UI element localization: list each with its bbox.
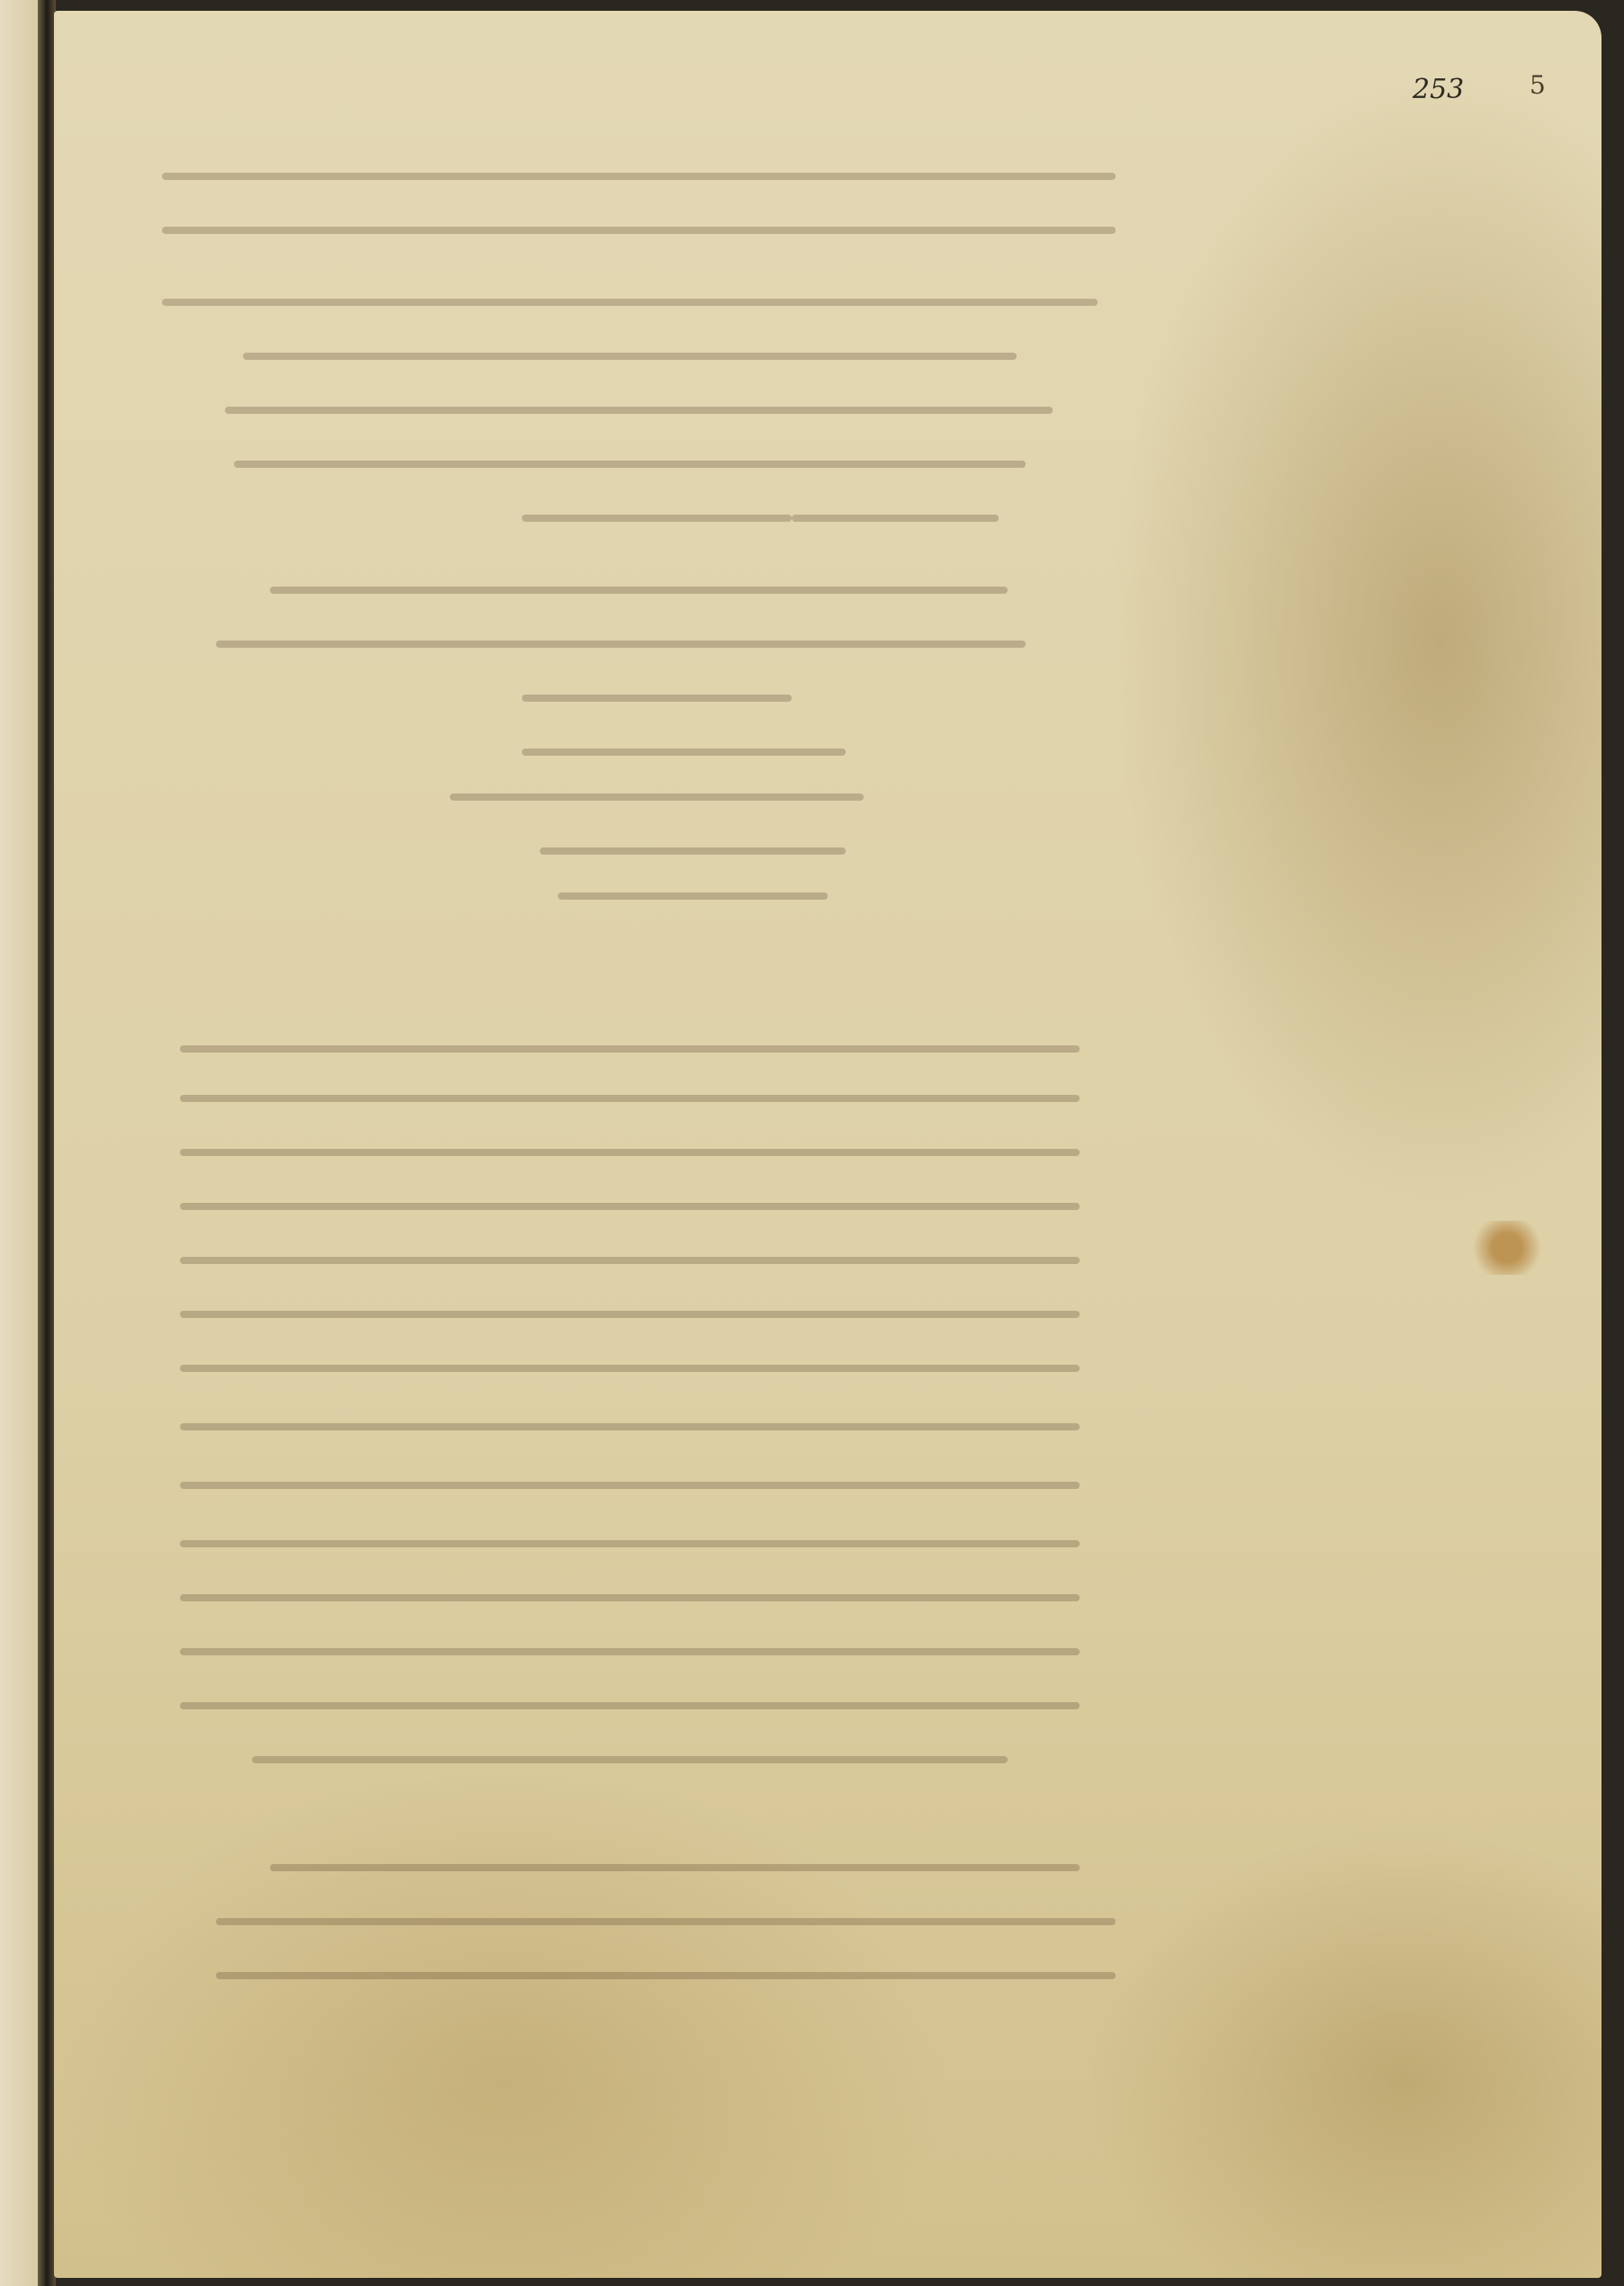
- binding-gutter: [38, 0, 56, 2286]
- margin-mark: 5: [1530, 70, 1546, 100]
- adjacent-page-edge: [0, 0, 38, 2286]
- ink-stain: [1467, 1221, 1548, 1275]
- folio-number: 253: [1413, 74, 1464, 105]
- manuscript-page: 253 5: [54, 11, 1602, 2278]
